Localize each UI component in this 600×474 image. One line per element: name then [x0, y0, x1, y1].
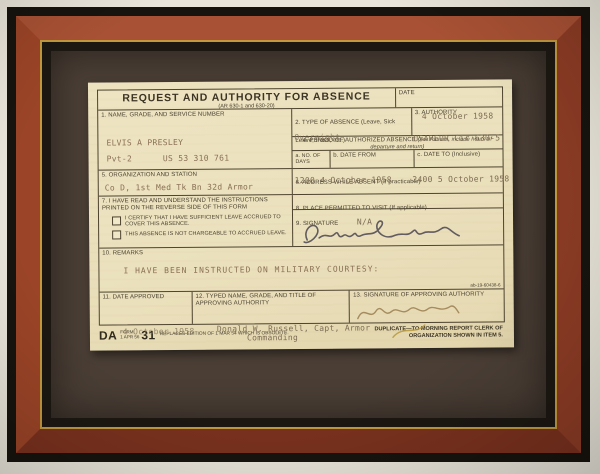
duplicate-note-line1: DUPLICATE—TO MORNING REPORT CLERK OF	[374, 325, 502, 332]
da-label: DA	[99, 328, 117, 342]
field-5-label: 5. ORGANIZATION AND STATION	[102, 171, 289, 179]
typed-na: N/A	[357, 217, 372, 226]
typed-type-of-absence: Overnight	[294, 133, 340, 142]
field-12-approving-authority: 12. TYPED NAME, GRADE, AND TITLE OF APPR…	[193, 291, 351, 324]
typed-organization: Co D, 1st Med Tk Bn 32d Armor	[105, 182, 253, 192]
sufficient-leave-checkbox	[112, 217, 121, 226]
checkbox-2-label: THIS ABSENCE IS NOT CHARGEABLE TO ACCRUE…	[125, 230, 287, 237]
field-10-remarks: 10. REMARKS I HAVE BEEN INSTRUCTED ON MI…	[99, 245, 503, 291]
checkbox-line-1: I CERTIFY THAT I HAVE SUFFICIENT LEAVE A…	[112, 214, 289, 227]
certification-row: 7. I HAVE READ AND UNDERSTAND THE INSTRU…	[99, 193, 503, 248]
typed-grade-service: Pvt-2 US 53 310 761	[107, 154, 230, 164]
typed-address-dates: 1200 4 October 1958 2400 5 October 1958	[295, 174, 510, 185]
field-13-signature-approving: 13. SIGNATURE OF APPROVING AUTHORITY	[350, 289, 504, 322]
field-4c-label: c. DATE TO (Inclusive)	[417, 151, 499, 159]
elvis-presley-signature	[297, 215, 467, 248]
field-13-label: 13. SIGNATURE OF APPROVING AUTHORITY	[353, 291, 501, 299]
gold-trim: REQUEST AND AUTHORITY FOR ABSENCE (AR 63…	[40, 40, 557, 429]
field-6-address-while-absent: 6. ADDRESS WHILE ABSENT (If practicable)…	[293, 167, 503, 194]
organization-row: 5. ORGANIZATION AND STATION Co D, 1st Me…	[99, 167, 503, 196]
field-11-date-approved: 11. DATE APPROVED	[100, 292, 193, 325]
da-form-31-document: REQUEST AND AUTHORITY FOR ABSENCE (AR 63…	[88, 79, 514, 350]
field-3-authority: 3. AUTHORITY 4 October 1958	[412, 107, 503, 135]
field-4a-label: a. NO. OF DAYS	[295, 153, 326, 165]
typed-name: ELVIS A PRESLEY	[106, 138, 183, 148]
form-footer: DA FORM 1 APR 56 31 REPLACES EDITION OF …	[99, 322, 505, 352]
period-subrow: a. NO. OF DAYS b. DATE FROM c. DATE TO (…	[292, 149, 502, 168]
checkbox-line-2: THIS ABSENCE IS NOT CHARGEABLE TO ACCRUE…	[112, 229, 289, 239]
form-title-cell: REQUEST AND AUTHORITY FOR ABSENCE (AR 63…	[98, 88, 396, 109]
wood-frame: REQUEST AND AUTHORITY FOR ABSENCE (AR 63…	[16, 16, 581, 453]
field-9-label: 9. SIGNATURE	[296, 221, 338, 227]
approving-authority-signature	[352, 298, 462, 325]
typed-commanding: Commanding	[247, 333, 298, 342]
typed-date-approved: 4 October 1958	[123, 327, 195, 337]
right-signature-column: 8. PLACE PERMITTED TO VISIT (If applicab…	[293, 193, 503, 246]
typed-remarks: I HAVE BEEN INSTRUCTED ON MILITARY COURT…	[123, 264, 379, 275]
frame-outer-edge: REQUEST AND AUTHORITY FOR ABSENCE (AR 63…	[7, 7, 590, 462]
field-12-label: 12. TYPED NAME, GRADE, AND TITLE OF APPR…	[196, 293, 347, 308]
typed-period-authority: USAREUR Cir 630-5	[413, 133, 500, 143]
field-4b-date-from: b. DATE FROM	[330, 150, 414, 168]
field-7-instructions: 7. I HAVE READ AND UNDERSTAND THE INSTRU…	[99, 195, 293, 248]
typed-authority-date: 4 October 1958	[422, 111, 494, 121]
field-4a-no-of-days: a. NO. OF DAYS	[292, 151, 330, 168]
field-4c-date-to: c. DATE TO (Inclusive)	[414, 149, 502, 167]
duplicate-note: DUPLICATE—TO MORNING REPORT CLERK OF ORG…	[374, 325, 503, 350]
right-upper-column: 2. TYPE OF ABSENCE (Leave, Sick Leave, P…	[292, 107, 503, 168]
mat-board: REQUEST AND AUTHORITY FOR ABSENCE (AR 63…	[51, 51, 546, 418]
field-11-label: 11. DATE APPROVED	[103, 294, 189, 302]
field-9-signature: 9. SIGNATURE N/A	[293, 208, 503, 246]
field-7-label: 7. I HAVE READ AND UNDERSTAND THE INSTRU…	[102, 197, 289, 212]
remarks-row: 10. REMARKS I HAVE BEEN INSTRUCTED ON MI…	[99, 245, 503, 292]
framed-document-photo: REQUEST AND AUTHORITY FOR ABSENCE (AR 63…	[0, 0, 600, 474]
not-chargeable-checkbox	[112, 230, 121, 239]
form-ruled-box: REQUEST AND AUTHORITY FOR ABSENCE (AR 63…	[97, 86, 505, 325]
identity-row: 1. NAME, GRADE, AND SERVICE NUMBER ELVIS…	[98, 107, 502, 170]
field-1-name-grade-service: 1. NAME, GRADE, AND SERVICE NUMBER ELVIS…	[98, 109, 292, 170]
frame-inner-band: REQUEST AND AUTHORITY FOR ABSENCE (AR 63…	[42, 42, 555, 427]
field-2-label: 2. TYPE OF ABSENCE	[295, 120, 361, 127]
print-code: ab-19-60438-6	[470, 282, 500, 287]
checkbox-1-label: I CERTIFY THAT I HAVE SUFFICIENT LEAVE A…	[125, 214, 289, 227]
field-10-label: 10. REMARKS	[102, 247, 500, 257]
duplicate-note-line2: ORGANIZATION SHOWN IN ITEM 5.	[409, 332, 503, 339]
date-label: DATE	[399, 89, 499, 97]
field-8-place-permitted: 8. PLACE PERMITTED TO VISIT (If applicab…	[293, 193, 503, 210]
field-1-label: 1. NAME, GRADE, AND SERVICE NUMBER	[101, 111, 288, 119]
field-4b-label: b. DATE FROM	[333, 152, 410, 159]
field-5-organization: 5. ORGANIZATION AND STATION Co D, 1st Me…	[99, 169, 293, 196]
approval-row: 11. DATE APPROVED 12. TYPED NAME, GRADE,…	[100, 289, 504, 324]
date-field: DATE	[396, 87, 502, 107]
field-2-type-of-absence: 2. TYPE OF ABSENCE (Leave, Sick Leave, P…	[292, 108, 412, 136]
